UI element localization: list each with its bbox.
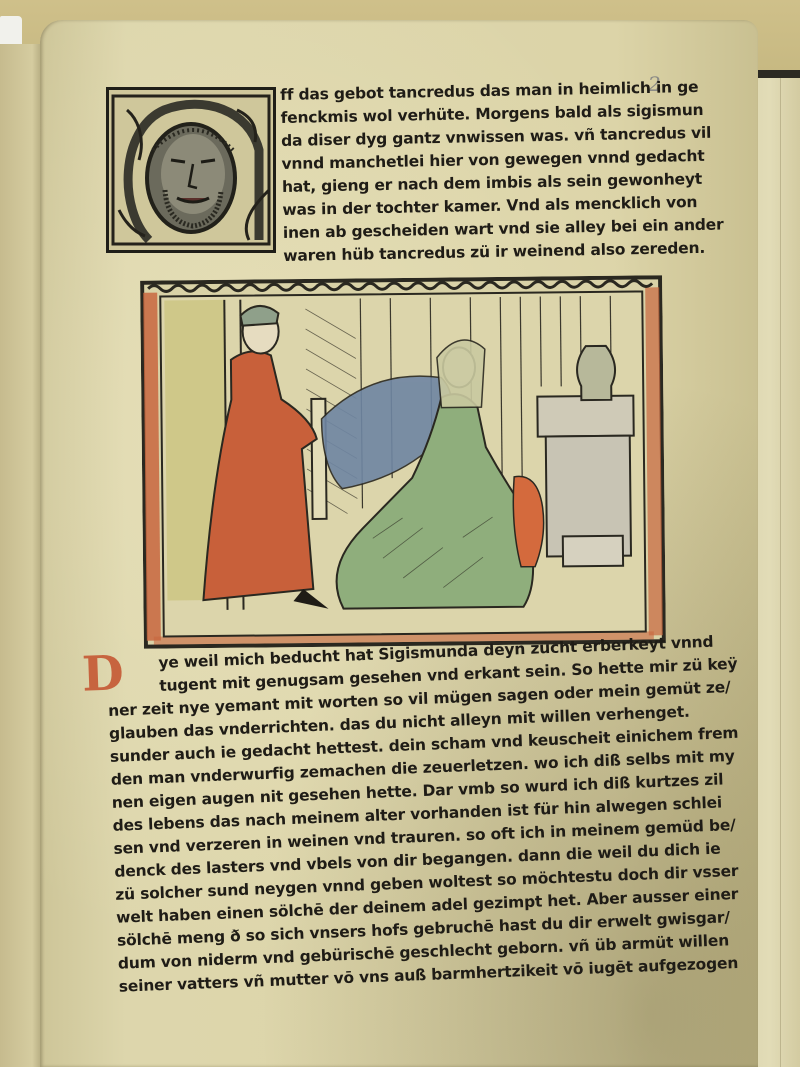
woodcut-initial	[106, 87, 276, 253]
woodcut-illustration	[140, 275, 666, 648]
rubricated-initial: D	[81, 649, 124, 698]
right-board-divider	[780, 78, 781, 1067]
paragraph-1: ff das gebot tancredus das man in heimli…	[280, 76, 724, 268]
bedchamber-scene-illustration-icon	[140, 275, 666, 648]
paragraph-2: ye weil mich beducht hat Sigismunda deyn…	[158, 630, 749, 997]
bearded-face-initial-icon	[109, 90, 273, 250]
